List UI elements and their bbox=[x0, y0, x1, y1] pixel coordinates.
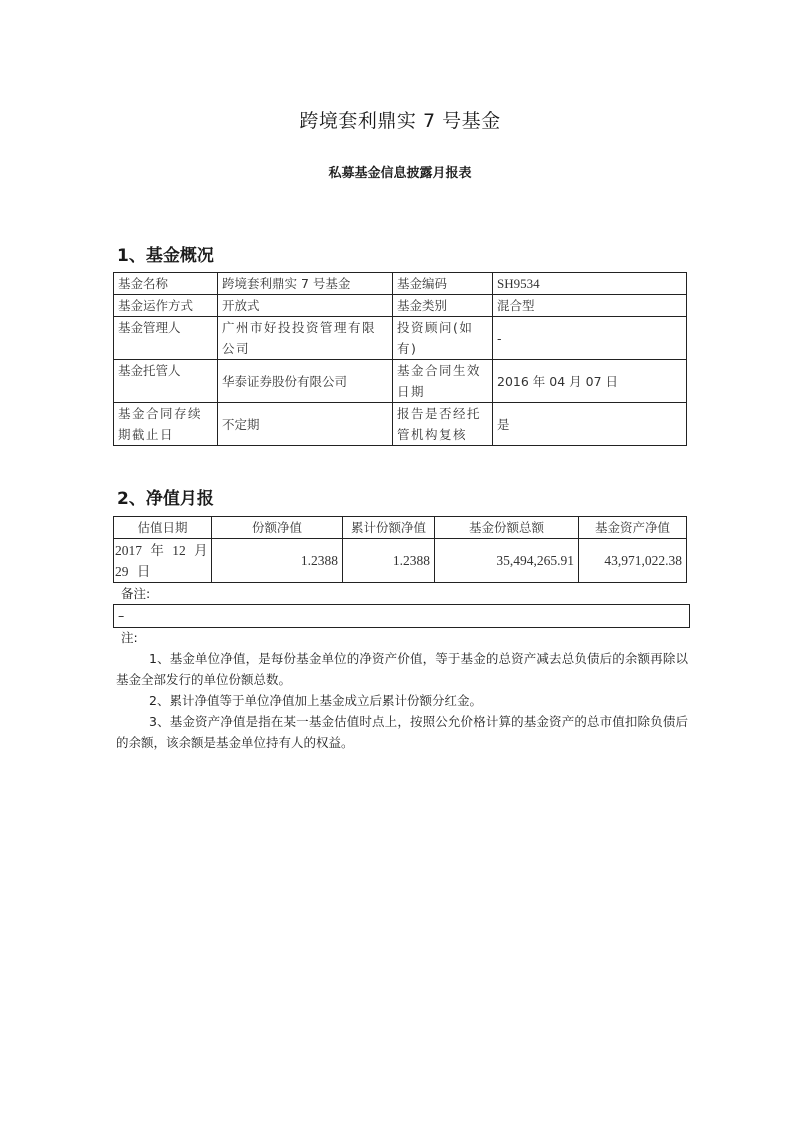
value-custodian: 华泰证券股份有限公司 bbox=[218, 360, 393, 403]
note-item: 2、累计净值等于单位净值加上基金成立后累计份额分红金。 bbox=[116, 690, 688, 711]
value-fund-type: 混合型 bbox=[493, 295, 687, 317]
cell-valuation-date: 2017 年 12 月 29 日 bbox=[114, 539, 212, 583]
label-operation-mode: 基金运作方式 bbox=[114, 295, 218, 317]
notes-label: 注: bbox=[121, 628, 138, 646]
label-contract-effective-date: 基金合同生效日期 bbox=[393, 360, 493, 403]
label-fund-type: 基金类别 bbox=[393, 295, 493, 317]
column-header-net-assets: 基金资产净值 bbox=[579, 517, 687, 539]
fund-overview-table: 基金名称 跨境套利鼎实 7 号基金 基金编码 SH9534 基金运作方式 开放式… bbox=[113, 272, 687, 446]
column-header-cumulative-nav: 累计份额净值 bbox=[343, 517, 435, 539]
value-fund-code: SH9534 bbox=[493, 273, 687, 295]
table-row: 基金名称 跨境套利鼎实 7 号基金 基金编码 SH9534 bbox=[114, 273, 687, 295]
table-row: 2017 年 12 月 29 日 1.2388 1.2388 35,494,26… bbox=[114, 539, 687, 583]
column-header-unit-nav: 份额净值 bbox=[212, 517, 343, 539]
label-fund-name: 基金名称 bbox=[114, 273, 218, 295]
value-contract-end-date: 不定期 bbox=[218, 403, 393, 446]
remark-box: – bbox=[113, 604, 690, 628]
cell-cumulative-nav: 1.2388 bbox=[343, 539, 435, 583]
value-contract-effective-date: 2016 年 04 月 07 日 bbox=[493, 360, 687, 403]
table-row: 基金运作方式 开放式 基金类别 混合型 bbox=[114, 295, 687, 317]
value-fund-manager: 广州市好投投资管理有限公司 bbox=[218, 317, 393, 360]
section-heading-overview: 1、基金概况 bbox=[117, 241, 214, 266]
label-fund-code: 基金编码 bbox=[393, 273, 493, 295]
value-custodian-review: 是 bbox=[493, 403, 687, 446]
value-fund-name: 跨境套利鼎实 7 号基金 bbox=[218, 273, 393, 295]
nav-report-table: 估值日期 份额净值 累计份额净值 基金份额总额 基金资产净值 2017 年 12… bbox=[113, 516, 687, 583]
column-header-total-shares: 基金份额总额 bbox=[435, 517, 579, 539]
label-fund-manager: 基金管理人 bbox=[114, 317, 218, 360]
document-subtitle: 私募基金信息披露月报表 bbox=[0, 162, 800, 181]
table-header-row: 估值日期 份额净值 累计份额净值 基金份额总额 基金资产净值 bbox=[114, 517, 687, 539]
table-row: 基金合同存续期截止日 不定期 报告是否经托管机构复核 是 bbox=[114, 403, 687, 446]
document-title: 跨境套利鼎实 7 号基金 bbox=[0, 106, 800, 133]
label-custodian: 基金托管人 bbox=[114, 360, 218, 403]
note-item: 1、基金单位净值，是每份基金单位的净资产价值，等于基金的总资产减去总负债后的余额… bbox=[116, 648, 688, 690]
value-operation-mode: 开放式 bbox=[218, 295, 393, 317]
cell-net-assets: 43,971,022.38 bbox=[579, 539, 687, 583]
label-contract-end-date: 基金合同存续期截止日 bbox=[114, 403, 218, 446]
cell-unit-nav: 1.2388 bbox=[212, 539, 343, 583]
remark-label: 备注: bbox=[121, 584, 150, 602]
note-item: 3、基金资产净值是指在某一基金估值时点上，按照公允价格计算的基金资产的总市值扣除… bbox=[116, 711, 688, 753]
value-investment-advisor: - bbox=[493, 317, 687, 360]
table-row: 基金托管人 华泰证券股份有限公司 基金合同生效日期 2016 年 04 月 07… bbox=[114, 360, 687, 403]
column-header-valuation-date: 估值日期 bbox=[114, 517, 212, 539]
label-investment-advisor: 投资顾问(如有) bbox=[393, 317, 493, 360]
cell-total-shares: 35,494,265.91 bbox=[435, 539, 579, 583]
notes-list: 1、基金单位净值，是每份基金单位的净资产价值，等于基金的总资产减去总负债后的余额… bbox=[116, 648, 688, 753]
label-custodian-review: 报告是否经托管机构复核 bbox=[393, 403, 493, 446]
section-heading-nav-report: 2、净值月报 bbox=[117, 484, 214, 509]
table-row: 基金管理人 广州市好投投资管理有限公司 投资顾问(如有) - bbox=[114, 317, 687, 360]
